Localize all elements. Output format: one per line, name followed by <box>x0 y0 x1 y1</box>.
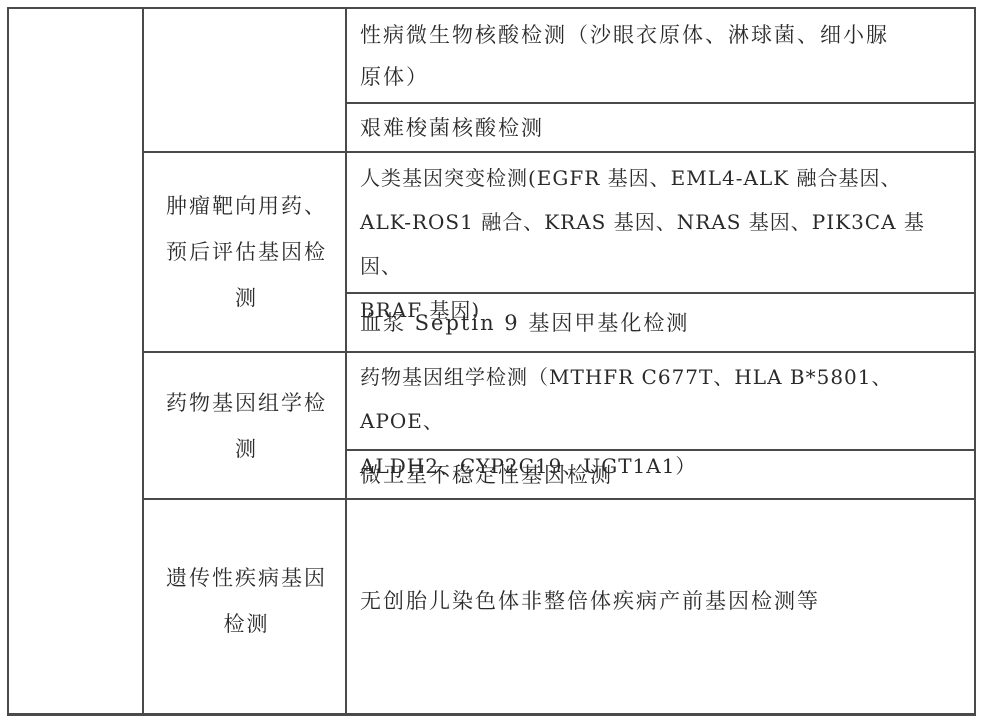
test-item-text: 血浆 Septin 9 基因甲基化检测 <box>360 304 689 342</box>
subcategory-label-line: 测 <box>235 426 258 472</box>
test-item-text-line: ALK-ROS1 融合、KRAS 基因、NRAS 基因、PIK3CA 基因、 <box>360 200 966 288</box>
test-item-cell: 血浆 Septin 9 基因甲基化检测 <box>347 294 974 351</box>
test-items-table: 性病微生物核酸检测（沙眼衣原体、淋球菌、细小脲 原体） 艰难梭菌核酸检测 肿瘤靶… <box>7 7 976 715</box>
subcategory-label-line: 预后评估基因检 <box>166 229 327 275</box>
test-item-cell: 药物基因组学检测（MTHFR C677T、HLA B*5801、APOE、 AL… <box>347 353 974 449</box>
test-item-text-line: 药物基因组学检测（MTHFR C677T、HLA B*5801、APOE、 <box>360 355 966 443</box>
test-item-text: 艰难梭菌核酸检测 <box>360 109 544 147</box>
subcategory-cell: 遗传性疾病基因 检测 <box>144 500 345 713</box>
table-border-right <box>974 7 976 716</box>
test-item-cell: 人类基因突变检测(EGFR 基因、EML4-ALK 融合基因、 ALK-ROS1… <box>347 153 974 292</box>
subcategory-label-line: 药物基因组学检 <box>166 380 327 426</box>
subcategory-cell: 肿瘤靶向用药、 预后评估基因检 测 <box>144 153 345 351</box>
test-item-text-line: 人类基因突变检测(EGFR 基因、EML4-ALK 融合基因、 <box>360 156 966 200</box>
subcategory-label-line: 检测 <box>224 601 270 647</box>
test-item-cell: 无创胎儿染色体非整倍体疾病产前基因检测等 <box>347 500 974 713</box>
subcategory-cell: 药物基因组学检 测 <box>144 353 345 498</box>
category-cell <box>9 9 142 713</box>
subcategory-label-line: 遗传性疾病基因 <box>166 555 327 601</box>
test-item-cell: 艰难梭菌核酸检测 <box>347 104 974 151</box>
table-border-bottom <box>7 713 976 716</box>
test-item-cell: 微卫星不稳定性基因检测 <box>347 451 974 498</box>
subcategory-label-line: 肿瘤靶向用药、 <box>166 183 327 229</box>
subcategory-label-line: 测 <box>235 275 258 321</box>
test-item-text-line: 性病微生物核酸检测（沙眼衣原体、淋球菌、细小脲 <box>360 13 966 57</box>
test-item-cell: 性病微生物核酸检测（沙眼衣原体、淋球菌、细小脲 原体） <box>347 9 974 102</box>
test-item-text: 微卫星不稳定性基因检测 <box>360 456 613 494</box>
subcategory-cell <box>144 9 345 151</box>
test-item-text: 无创胎儿染色体非整倍体疾病产前基因检测等 <box>360 582 820 620</box>
test-item-text-line: 原体） <box>360 57 966 97</box>
